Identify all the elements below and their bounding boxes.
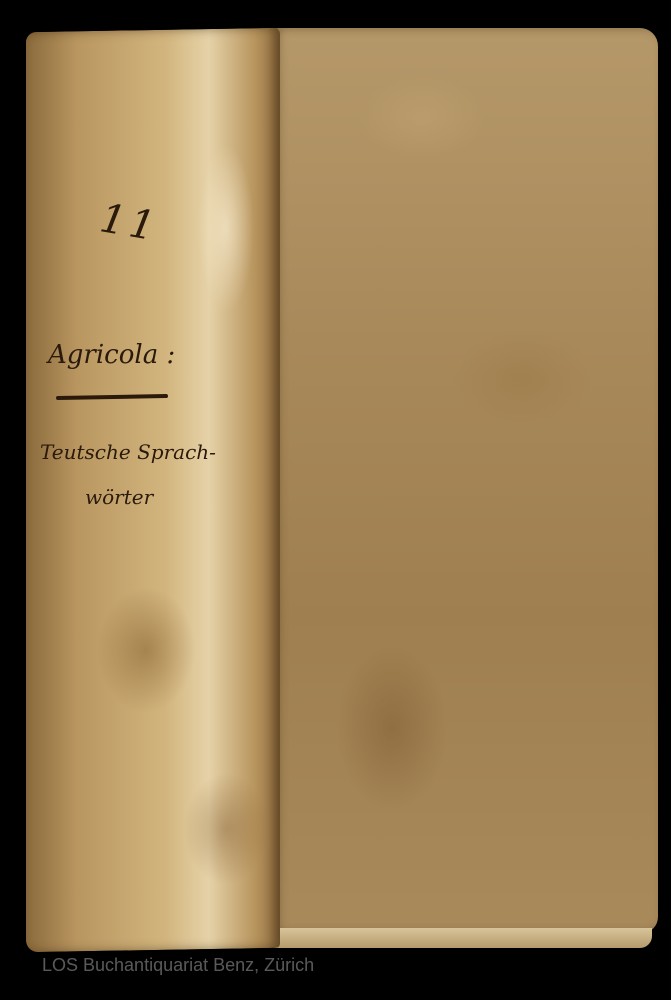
spine-author: Agricola : bbox=[48, 340, 175, 370]
spine-shelf-mark: 11 bbox=[96, 195, 162, 251]
book-front-cover bbox=[272, 28, 658, 933]
book-page-edge bbox=[272, 928, 652, 948]
watermark: LOS Buchantiquariat Benz, Zürich bbox=[42, 955, 314, 976]
spine-title-line1: Teutsche Sprach- bbox=[40, 440, 216, 464]
book-photo: 11 Agricola : Teutsche Sprach- wörter bbox=[0, 0, 671, 1000]
spine-title-line2: wörter bbox=[85, 485, 153, 509]
